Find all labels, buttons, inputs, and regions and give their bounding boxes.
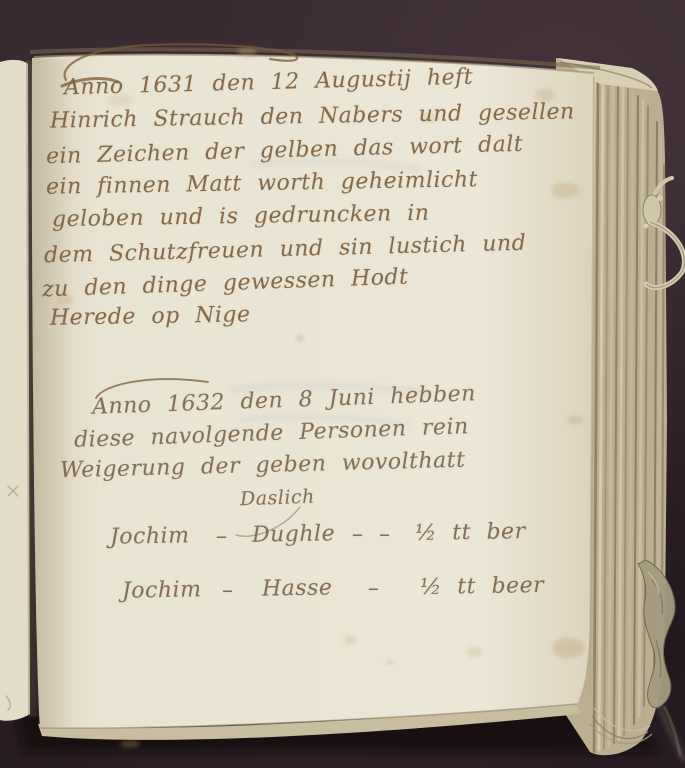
ledger-row2-name: Jochim [122, 577, 202, 603]
ledger-row2-item: Hasse [262, 575, 333, 601]
entry2-line-3: Weigerung der geben wovolthatt [60, 448, 466, 484]
handwriting-layer: Anno 1631 den 12 Augustij heft Hinrich S… [0, 0, 685, 768]
entry1-line-4: ein finnen Matt worth geheimlicht [46, 167, 478, 200]
entry1-line-3: ein Zeichen der gelben das wort dalt [46, 132, 524, 169]
entry1-line-2: Hinrich Strauch den Nabers und gesellen [50, 99, 575, 133]
entry2-line-2: diese navolgende Personen rein [74, 414, 469, 453]
entry1-line-6: dem Schutzfreuen und sin lustich und [44, 231, 527, 269]
ledger-row1-name: Jochim [110, 523, 190, 549]
ledger-row2-dash2: – [368, 576, 380, 601]
entry2-centered-word: Daslich [240, 486, 316, 511]
entry2-line-1: Anno 1632 den 8 Juni hebben [92, 381, 477, 419]
ledger-row1-amount: ½ tt ber [415, 519, 526, 546]
ledger-row1-dash2: – – [352, 522, 391, 547]
ledger-row2-dash1: – [222, 578, 234, 603]
ledger-row1-dash1: – [216, 524, 228, 549]
entry1-line-8: Herede op Nige [50, 302, 251, 330]
entry1-line-5: geloben und is gedruncken in [52, 201, 430, 233]
ledger-row2-amount: ½ tt beer [420, 573, 545, 600]
entry1-line-1: Anno 1631 den 12 Augustij heft [64, 65, 474, 101]
manuscript-photo: Anno 1631 den 12 Augustij heft Hinrich S… [0, 0, 685, 768]
ledger-row1-item: Dughle [252, 521, 336, 547]
entry1-line-7: zu den dinge gewessen Hodt [42, 265, 409, 303]
